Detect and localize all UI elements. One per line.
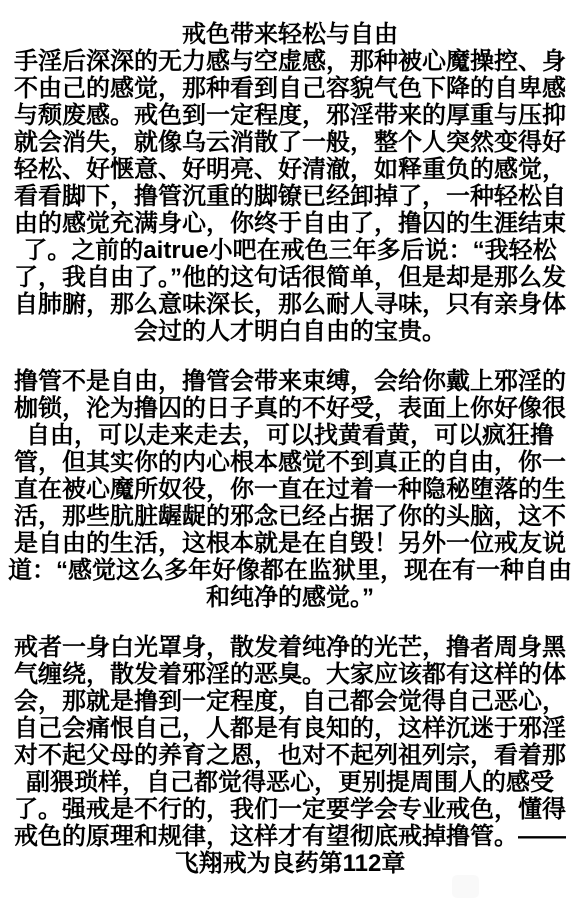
text-line: 由的感觉充满身心，你终于自由了，撸囚的生涯结束 — [0, 210, 580, 237]
text-line: 会过的人才明白自由的宝贵。 — [0, 318, 580, 345]
text-line: 与颓废感。戒色到一定程度，邪淫带来的厚重与压抑 — [0, 102, 580, 129]
text-line: 直在被心魔所奴役，你一直在过着一种隐秘堕落的生 — [0, 476, 580, 503]
text-line: 气缠绕，散发着邪淫的恶臭。大家应该都有这样的体 — [0, 661, 580, 688]
text-line: 了，我自由了。”他的这句话很简单，但是却是那么发 — [0, 264, 580, 291]
text-line: 会，那就是撸到一定程度，自己都会觉得自己恶心， — [0, 688, 580, 715]
paragraph: 手淫后深深的无力感与空虚感，那种被心魔操控、身不由己的感觉，那种看到自己容貌气色… — [0, 48, 580, 345]
text-line: 管，但其实你的内心根本感觉不到真正的自由，你一 — [0, 449, 580, 476]
document-page: 戒色带来轻松与自由 手淫后深深的无力感与空虚感，那种被心魔操控、身不由己的感觉，… — [0, 0, 580, 902]
document-body: 手淫后深深的无力感与空虚感，那种被心魔操控、身不由己的感觉，那种看到自己容貌气色… — [0, 48, 580, 877]
text-line: 和纯净的感觉。” — [0, 584, 580, 611]
text-line: 自肺腑，那么意味深长，那么耐人寻味，只有亲身体 — [0, 291, 580, 318]
document-title: 戒色带来轻松与自由 — [0, 21, 580, 48]
text-line: 活，那些肮脏龌龊的邪念已经占据了你的头脑，这不 — [0, 503, 580, 530]
faint-watermark — [452, 875, 479, 898]
paragraph: 戒者一身白光罩身，散发着纯净的光芒，撸者周身黑气缠绕，散发着邪淫的恶臭。大家应该… — [0, 634, 580, 877]
text-line: 手淫后深深的无力感与空虚感，那种被心魔操控、身 — [0, 48, 580, 75]
text-line: 轻松、好惬意、好明亮、好清澈，如释重负的感觉， — [0, 156, 580, 183]
text-line: 就会消失，就像乌云消散了一般，整个人突然变得好 — [0, 129, 580, 156]
text-line: 撸管不是自由，撸管会带来束缚，会给你戴上邪淫的 — [0, 368, 580, 395]
text-line: 副猥琐样，自己都觉得恶心，更别提周围人的感受 — [0, 769, 580, 796]
text-line: 是自由的生活，这根本就是在自毁！另外一位戒友说 — [0, 530, 580, 557]
text-line: 自由，可以走来走去，可以找黄看黄，可以疯狂撸 — [0, 422, 580, 449]
text-line: 戒色的原理和规律，这样才有望彻底戒掉撸管。—— — [0, 823, 580, 850]
text-line: 看看脚下，撸管沉重的脚镣已经卸掉了，一种轻松自 — [0, 183, 580, 210]
text-line: 不由己的感觉，那种看到自己容貌气色下降的自卑感 — [0, 75, 580, 102]
text-line: 了。强戒是不行的，我们一定要学会专业戒色，懂得 — [0, 796, 580, 823]
text-line: 戒者一身白光罩身，散发着纯净的光芒，撸者周身黑 — [0, 634, 580, 661]
text-line: 了。之前的aitrue小吧在戒色三年多后说：“我轻松 — [0, 237, 580, 264]
text-line: 飞翔戒为良药第112章 — [0, 850, 580, 877]
text-line: 对不起父母的养育之恩，也对不起列祖列宗，看着那 — [0, 742, 580, 769]
paragraph: 撸管不是自由，撸管会带来束缚，会给你戴上邪淫的枷锁，沦为撸囚的日子真的不好受，表… — [0, 368, 580, 611]
text-line: 自己会痛恨自己，人都是有良知的，这样沉迷于邪淫 — [0, 715, 580, 742]
text-line: 枷锁，沦为撸囚的日子真的不好受，表面上你好像很 — [0, 395, 580, 422]
text-line: 道：“感觉这么多年好像都在监狱里，现在有一种自由 — [0, 557, 580, 584]
